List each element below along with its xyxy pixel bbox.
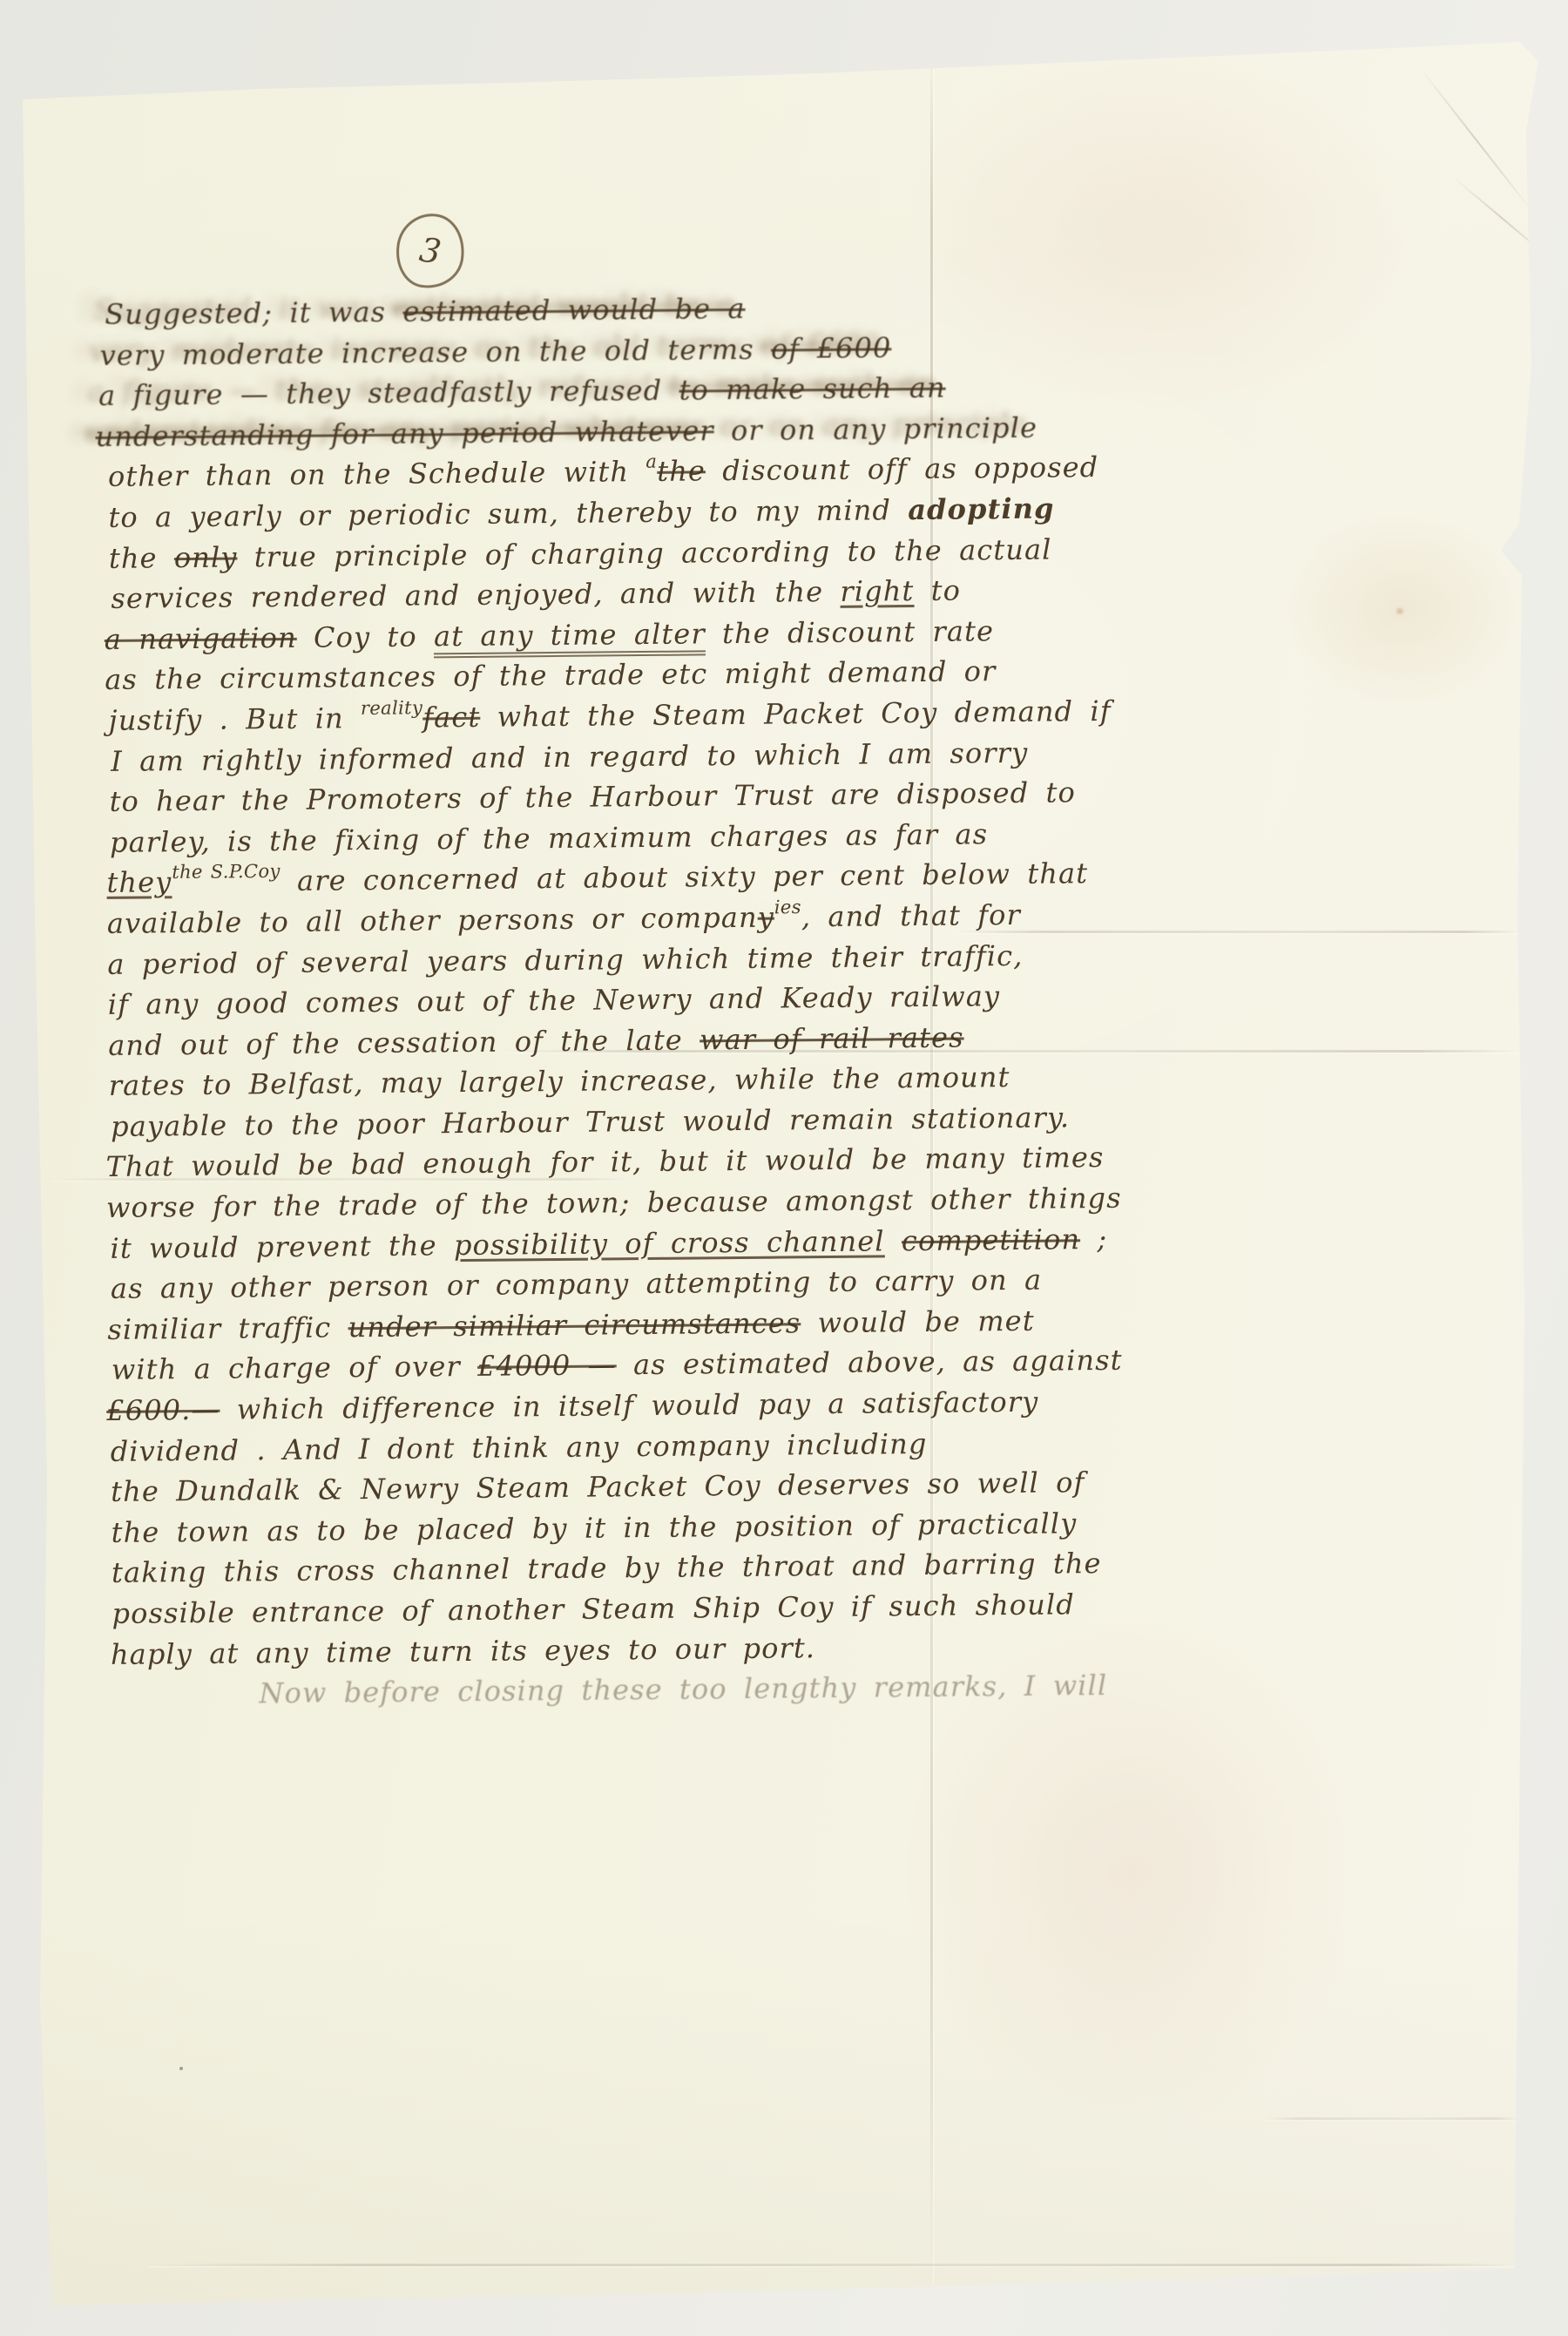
manuscript-segment: with a charge of over xyxy=(112,1350,478,1386)
manuscript-segment: possible entrance of another Steam Ship … xyxy=(112,1588,1075,1630)
manuscript-segment: true principle of charging according to … xyxy=(237,532,1051,573)
manuscript-segment: ies xyxy=(774,887,801,928)
manuscript-segment: the town as to be placed by it in the po… xyxy=(111,1507,1077,1549)
page-number-badge: 3 xyxy=(391,208,470,293)
manuscript-segment: Suggested; it was xyxy=(105,295,403,331)
manuscript-segment: worse for the trade of the town; because… xyxy=(106,1182,1122,1224)
manuscript-page: 3 Suggested; it was estimated would be a… xyxy=(0,0,1568,2336)
manuscript-segment: at any time alter xyxy=(434,617,706,658)
manuscript-segment: what the Steam Packet Coy demand if xyxy=(480,694,1112,734)
photo-background: 3 Suggested; it was estimated would be a… xyxy=(0,0,1568,2336)
manuscript-line: Now before closing these too lengthy rem… xyxy=(259,1664,1173,1714)
manuscript-segment: understanding for any period whatever xyxy=(95,414,714,453)
fold-crease-bottom xyxy=(148,2264,1516,2266)
corner-crumple-crease xyxy=(1420,68,1534,213)
manuscript-segment: right xyxy=(840,574,914,608)
manuscript-segment: That would be bad enough for it, but it … xyxy=(105,1141,1104,1183)
manuscript-segment: only xyxy=(174,540,238,574)
manuscript-segment: adopting xyxy=(908,491,1055,526)
manuscript-segment: a xyxy=(645,442,657,483)
manuscript-segment: a figure — they steadfastly refused xyxy=(98,374,679,412)
manuscript-segment: Now before closing these too lengthy rem… xyxy=(259,1669,1107,1710)
manuscript-segment: of £600 xyxy=(771,331,892,365)
ink-speck xyxy=(179,2067,183,2070)
manuscript-segment: to make such an xyxy=(679,371,945,407)
paper-stain-speck xyxy=(1396,608,1403,614)
manuscript-segment: are concerned at about sixty per cent be… xyxy=(280,857,1089,897)
manuscript-segment: which difference in itself would pay a s… xyxy=(220,1385,1038,1426)
manuscript-segment: rates to Belfast, may largely increase, … xyxy=(109,1060,1010,1102)
manuscript-segment: I am rightly informed and in regard to w… xyxy=(111,735,1028,777)
manuscript-segment: and out of the cessation of the late xyxy=(108,1023,700,1062)
page-number: 3 xyxy=(417,230,444,271)
manuscript-segment: the S.P.Coy xyxy=(172,851,280,893)
manuscript-segment: haply at any time turn its eyes to our p… xyxy=(111,1631,815,1671)
manuscript-segment: discount off as opposed xyxy=(706,450,1099,487)
manuscript-segment: £600.— xyxy=(106,1393,220,1427)
manuscript-segment: the xyxy=(109,541,174,575)
manuscript-segment: to hear the Promoters of the Harbour Tru… xyxy=(109,775,1076,818)
manuscript-segment: a period of several years during which t… xyxy=(107,938,1023,980)
manuscript-segment: , and that for xyxy=(801,898,1021,933)
manuscript-segment: they xyxy=(106,866,172,900)
manuscript-segment: Coy to xyxy=(297,620,435,654)
manuscript-segment: similiar traffic xyxy=(107,1310,348,1346)
manuscript-segment: as the circumstances of the trade etc mi… xyxy=(105,654,997,696)
manuscript-segment: taking this cross channel trade by the t… xyxy=(112,1547,1102,1589)
manuscript-segment: payable to the poor Harbour Trust would … xyxy=(111,1100,1070,1143)
manuscript-segment: the discount rate xyxy=(706,614,995,650)
fold-crease-horizontal-lowerright xyxy=(1263,2117,1520,2120)
manuscript-segment: under similiar circumstances xyxy=(348,1306,801,1344)
manuscript-segment: the xyxy=(657,455,706,489)
manuscript-segment: or on any principle xyxy=(714,410,1038,447)
manuscript-segment: fact xyxy=(422,701,480,735)
manuscript-segment: justify . But in xyxy=(109,701,362,737)
manuscript-segment xyxy=(884,1224,902,1257)
manuscript-segment: to a yearly or periodic sum, thereby to … xyxy=(108,493,908,534)
manuscript-segment: would be met xyxy=(801,1304,1035,1340)
manuscript-segment: to xyxy=(914,574,961,608)
manuscript-segment: reality xyxy=(361,687,423,728)
manuscript-segment: estimated would be a xyxy=(402,292,746,328)
manuscript-segment: the Dundalk & Newry Steam Packet Coy des… xyxy=(111,1466,1085,1508)
corner-crumple-crease xyxy=(1452,176,1553,261)
manuscript-segment: possibility of cross channel xyxy=(454,1224,885,1262)
manuscript-segment: very moderate increase on the old terms xyxy=(99,332,771,371)
manuscript-segment: other than on the Schedule with xyxy=(108,455,646,493)
manuscript-segment: y xyxy=(758,900,775,933)
manuscript-segment: services rendered and enjoyed, and with … xyxy=(111,575,840,615)
manuscript-segment: £4000 — xyxy=(477,1349,617,1384)
manuscript-segment: available to all other persons or compan xyxy=(107,901,758,940)
manuscript-segment: a navigation xyxy=(105,621,297,656)
manuscript-segment: dividend . And I dont think any company … xyxy=(111,1427,928,1468)
manuscript-segment: war of rail rates xyxy=(700,1020,964,1056)
manuscript-segment: it would prevent the xyxy=(110,1229,454,1265)
manuscript-segment: as estimated above, as against xyxy=(617,1344,1123,1382)
manuscript-segment: ; xyxy=(1080,1222,1108,1256)
manuscript-segment: as any other person or company attemptin… xyxy=(111,1263,1043,1305)
manuscript-segment: competition xyxy=(902,1222,1080,1257)
manuscript-segment: if any good comes out of the Newry and K… xyxy=(108,979,1001,1021)
manuscript-text: Suggested; it was estimated would be ave… xyxy=(98,284,1174,1715)
